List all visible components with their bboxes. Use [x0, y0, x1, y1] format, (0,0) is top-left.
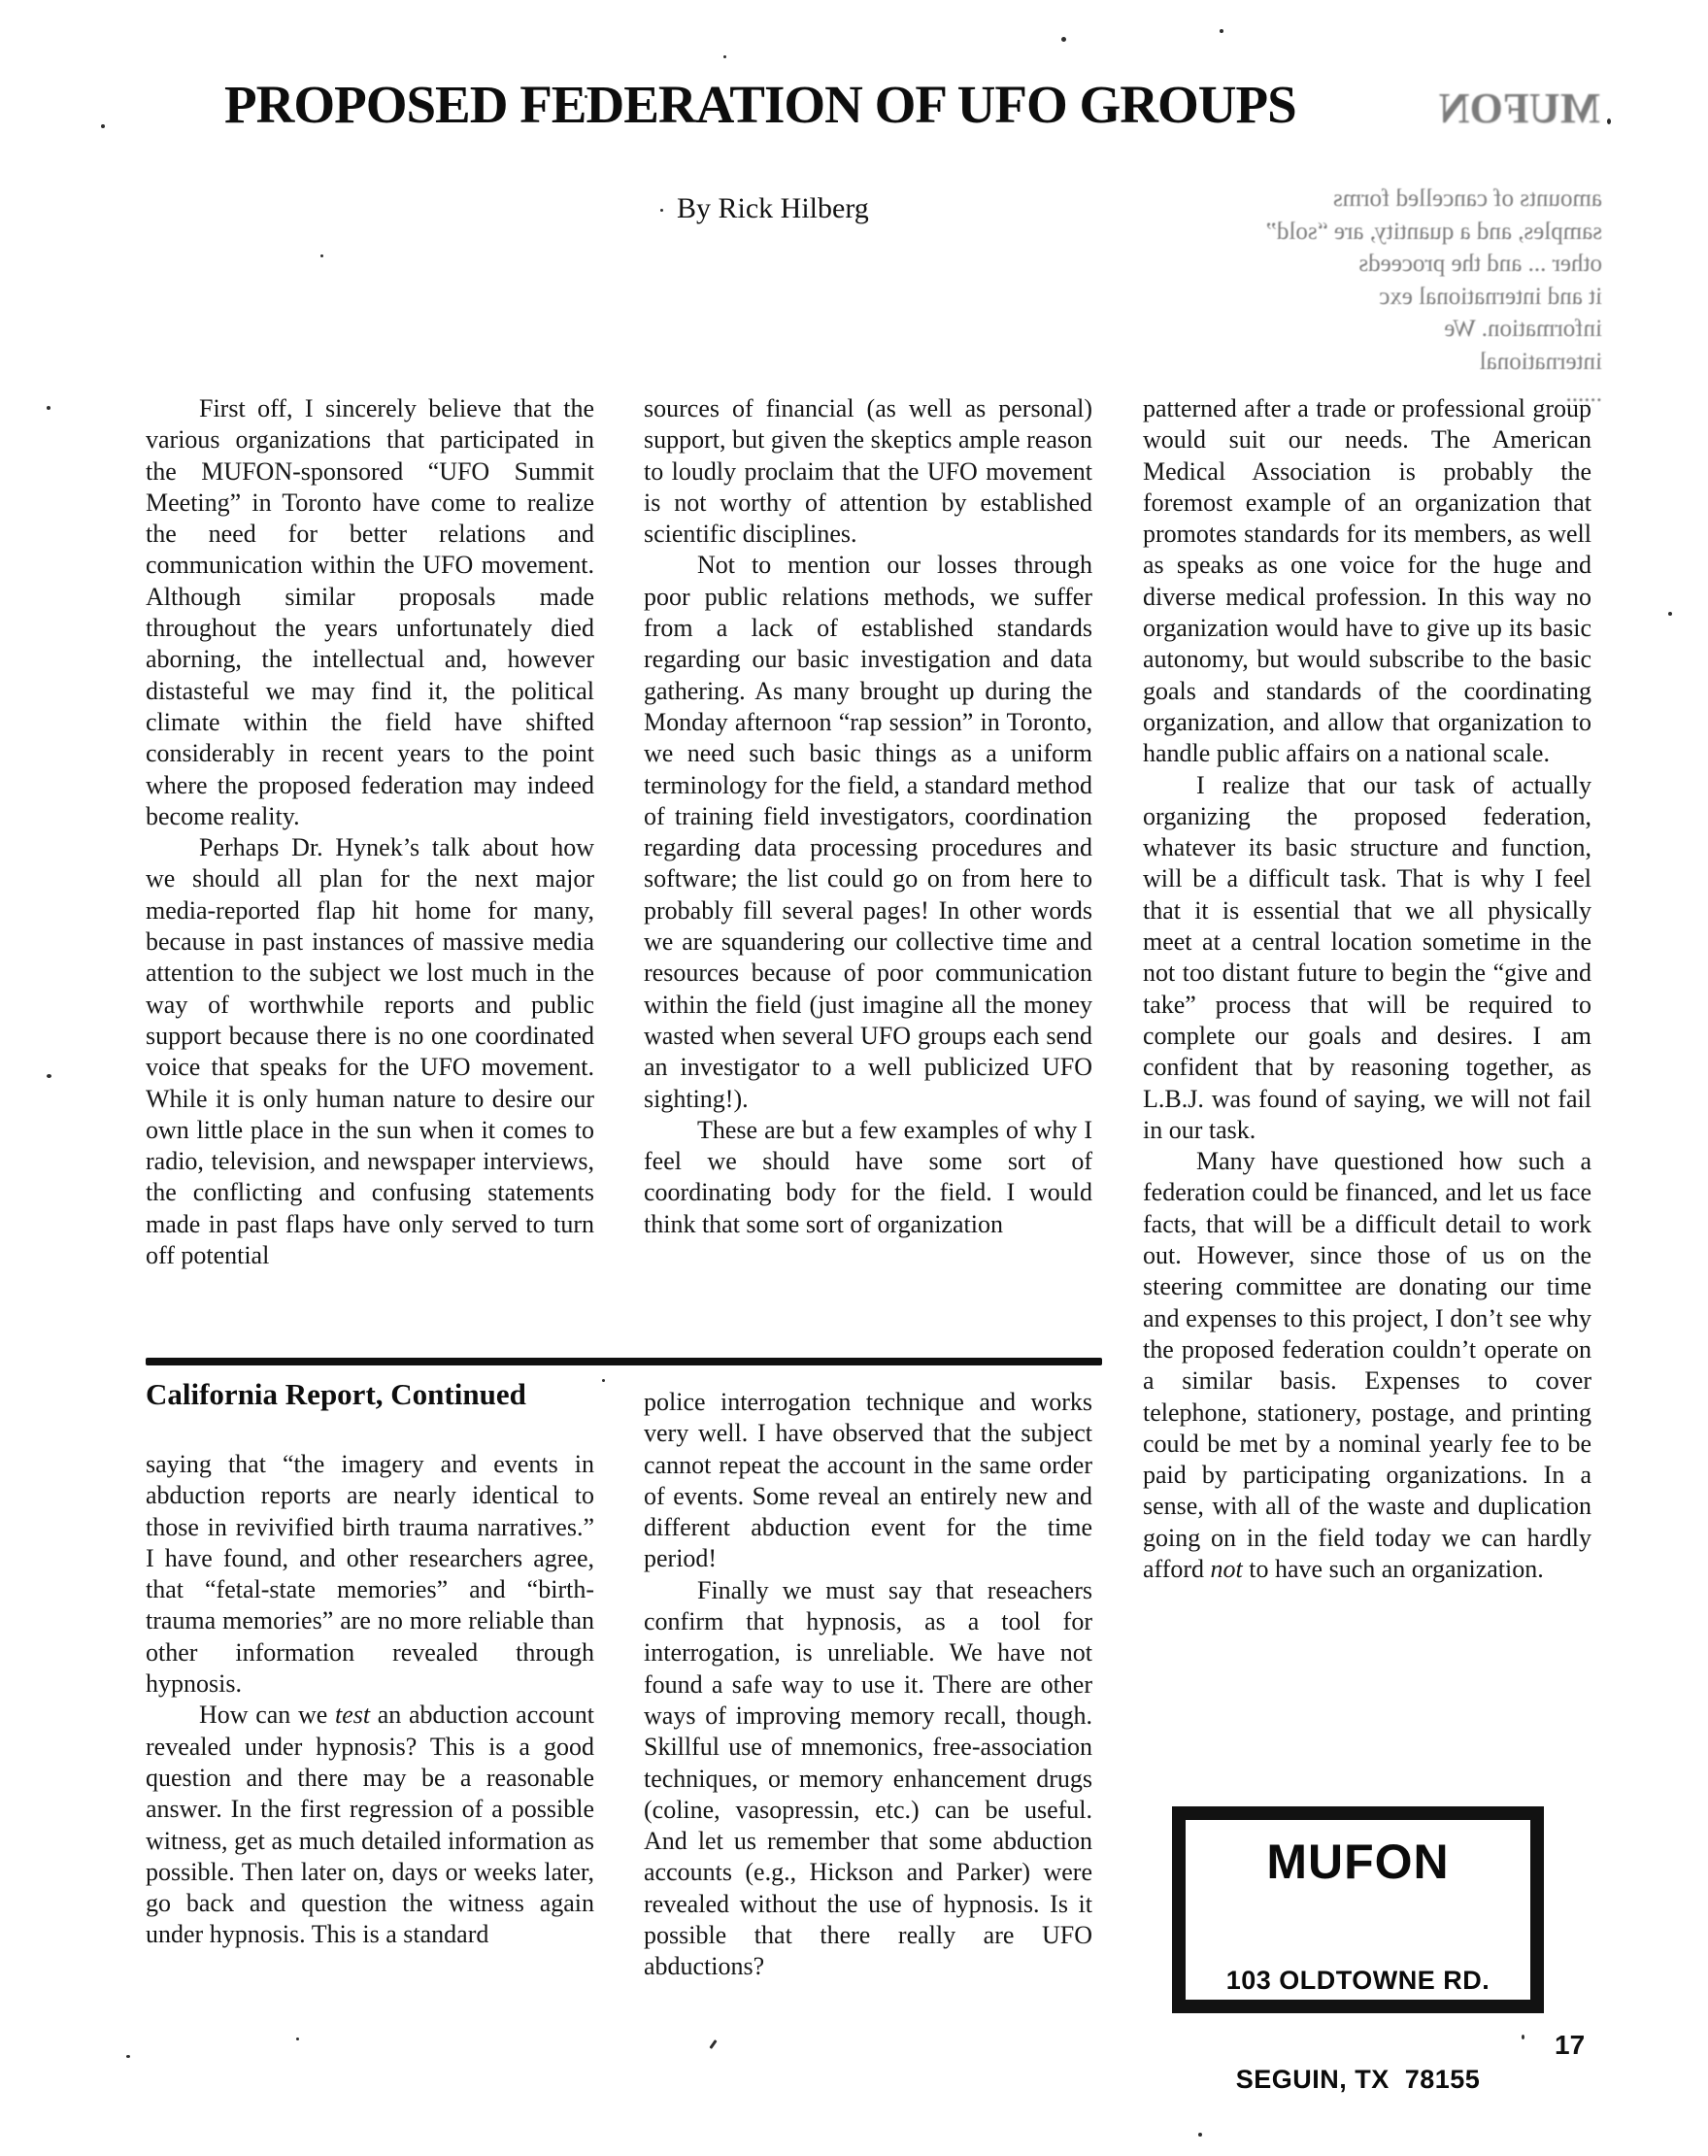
scan-speck: [585, 95, 587, 98]
bleed-through-text-block: amounts of cancelled forms samples, and …: [1124, 183, 1602, 411]
california-column-1: saying that “the imagery and events in a…: [146, 1449, 594, 1951]
bleed-line: it and international exc: [1124, 281, 1602, 314]
italic-word: not: [1211, 1555, 1243, 1583]
paragraph: sources of financial (as well as persona…: [644, 393, 1092, 550]
scan-speck: [47, 1074, 51, 1078]
paragraph: How can we test an abduction account rev…: [146, 1700, 594, 1950]
byline: By Rick Hilberg: [677, 192, 869, 225]
scan-speck: [47, 406, 50, 410]
scan-speck: [101, 124, 105, 128]
paragraph: Perhaps Dr. Hynek’s talk about how we sh…: [146, 832, 594, 1271]
paragraph: Finally we must say that reseachers conf…: [644, 1575, 1092, 1983]
paragraph: patterned after a trade or professional …: [1143, 393, 1591, 770]
article-column-3: patterned after a trade or professional …: [1143, 393, 1591, 1585]
bleed-line: information. We: [1124, 313, 1602, 346]
article-column-1: First off, I sincerely believe that the …: [146, 393, 594, 1271]
paragraph: Many have questioned how such a federati…: [1143, 1146, 1591, 1585]
scan-speck: [320, 254, 323, 257]
scan-speck: [1668, 612, 1672, 616]
paragraph: police interrogation technique and works…: [644, 1387, 1092, 1575]
scan-speck: [126, 2055, 130, 2058]
scan-speck: [296, 2038, 299, 2040]
page-title: PROPOSED FEDERATION OF UFO GROUPS: [224, 76, 1296, 135]
scan-speck: [723, 55, 726, 58]
scan-speck: [1061, 37, 1066, 42]
scan-speck: [1607, 118, 1611, 124]
scan-speck: [660, 209, 663, 212]
scan-speck: [1198, 2133, 1202, 2137]
scanned-newsletter-page: PROPOSED FEDERATION OF UFO GROUPS By Ric…: [0, 0, 1708, 2156]
mufon-address: 103 OLDTOWNE RD. SEGUIN, TX 78155: [1186, 1898, 1530, 2156]
page-number: 17: [1555, 2030, 1585, 2061]
scan-speck: [1220, 29, 1223, 33]
scan-speck: [602, 1379, 605, 1382]
california-column-2: police interrogation technique and works…: [644, 1387, 1092, 1983]
mufon-address-line-1: 103 OLDTOWNE RD.: [1186, 1964, 1530, 1997]
paragraph: saying that “the imagery and events in a…: [146, 1449, 594, 1700]
paragraph-text: How can we: [199, 1701, 335, 1729]
paragraph: Not to mention our losses through poor p…: [644, 550, 1092, 1114]
bleed-line: amounts of cancelled forms: [1124, 183, 1602, 216]
scan-speck: [1522, 2035, 1524, 2039]
bleed-line: samples, and a quantity, are “sold”: [1124, 216, 1602, 249]
california-report-heading: California Report, Continued: [146, 1377, 526, 1412]
bleed-line: international: [1124, 346, 1602, 379]
paragraph: These are but a few examples of why I fe…: [644, 1115, 1092, 1240]
section-divider-rule: [146, 1358, 1102, 1365]
mufon-ad-box: MUFON 103 OLDTOWNE RD. SEGUIN, TX 78155: [1172, 1806, 1544, 2013]
paragraph: First off, I sincerely believe that the …: [146, 393, 594, 832]
bleed-through-headline-fragment: MUFON: [1367, 84, 1600, 133]
article-column-2: sources of financial (as well as persona…: [644, 393, 1092, 1240]
bleed-line: other ... and the proceeds: [1124, 248, 1602, 281]
scan-speck: [709, 2039, 717, 2049]
paragraph-text: to have such an organization.: [1243, 1555, 1544, 1583]
mufon-address-line-2: SEGUIN, TX 78155: [1186, 2063, 1530, 2096]
mufon-logo-text: MUFON: [1186, 1837, 1530, 1886]
italic-word: test: [335, 1701, 370, 1729]
paragraph: I realize that our task of actually orga…: [1143, 770, 1591, 1147]
paragraph-text: an abduction account revealed under hypn…: [146, 1701, 594, 1948]
paragraph-text: Many have questioned how such a federati…: [1143, 1147, 1591, 1583]
